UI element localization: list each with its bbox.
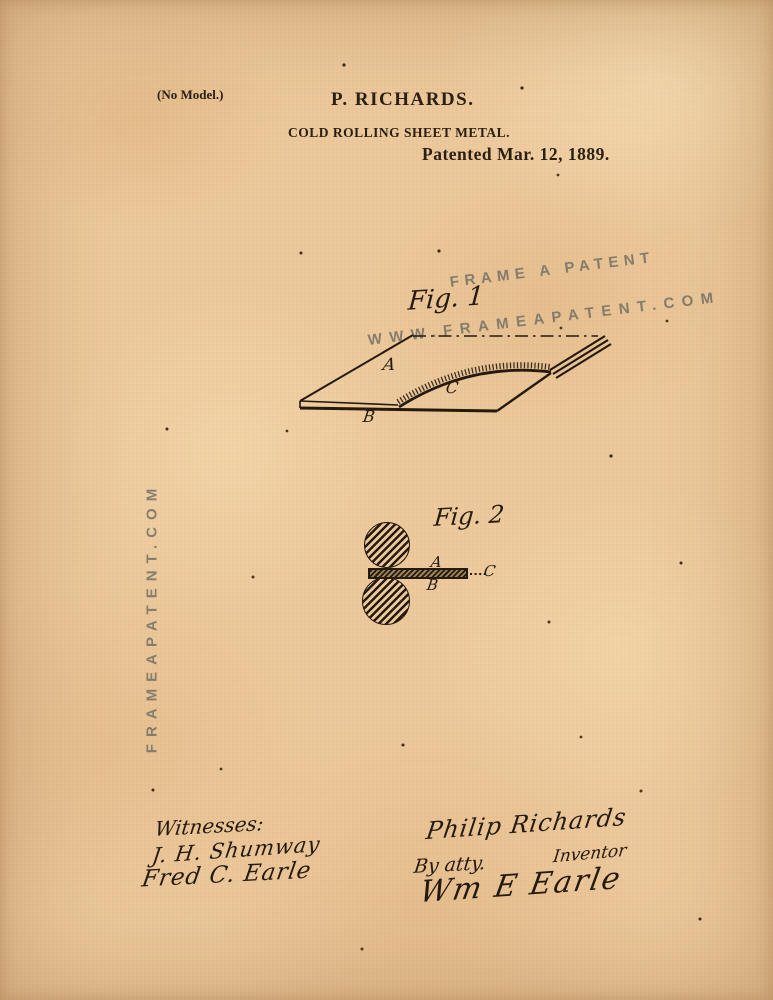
fig1-curve-hatch [398,365,550,402]
inventor-name-heading: P. RICHARDS. [331,89,474,111]
fig1-curve [399,370,551,407]
fig2-bottom-roller [362,577,410,625]
patent-page: FRAME A PATENT WWW.FRAMEAPATENT.COM FRAM… [0,0,773,1000]
no-model-note: (No Model.) [157,87,223,103]
fig1-label-b: B [362,407,376,426]
fig1-slab-top-edge [300,401,398,405]
fig1-label-c: C [445,378,460,397]
inventor-signature: Philip Richards [424,803,628,845]
fig2-label-c: C [483,562,497,580]
fig1-rolled-band-2 [553,340,608,374]
patent-date: Patented Mar. 12, 1889. [422,144,610,165]
fig1-label-a: A [382,355,397,375]
figure-linework [0,0,773,1000]
fig2-caption: Fig. 2 [433,500,506,532]
fig1-right-front-edge [497,373,551,411]
fig2-label-a: A [430,553,443,571]
fig2-top-roller [364,522,410,568]
fig2-sheet-bar [368,568,468,579]
fig1-caption: Fig. 1 [407,281,485,317]
fig1-rolled-band-1 [550,336,605,370]
watermark-vertical-left: FRAMEAPATENT.COM [144,468,161,768]
fig1-rolled-band-3 [556,344,611,378]
fig1-front-edge [300,408,497,411]
paper-speckles [0,0,2,2]
fig2-label-b: B [426,576,440,594]
patent-title: COLD ROLLING SHEET METAL. [288,125,510,141]
